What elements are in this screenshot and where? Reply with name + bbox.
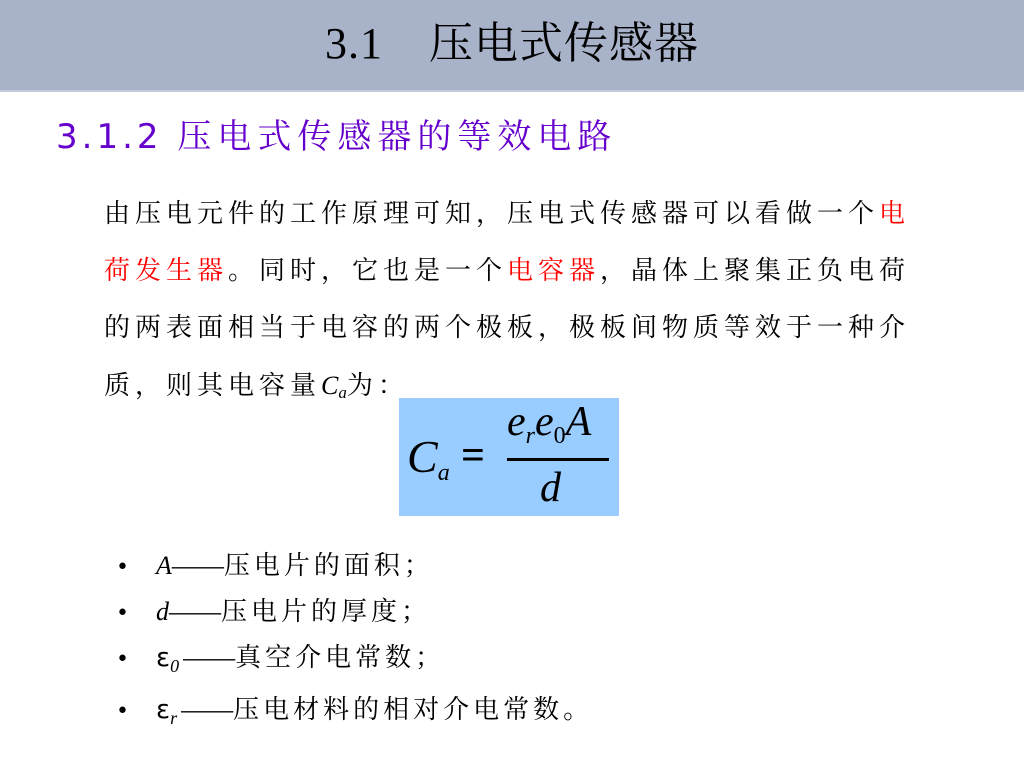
bullet-icon: • [116, 690, 156, 734]
symbol: d [156, 597, 169, 626]
section-heading: 3.1.2 压电式传感器的等效电路 [56, 113, 617, 161]
definition: 压电片的面积； [224, 551, 434, 581]
formula-denominator: d [540, 464, 561, 512]
formula-equals: = [461, 432, 485, 480]
symbol: A [156, 551, 172, 580]
bullet-icon: • [116, 546, 156, 590]
formula-numerator: ere0A [507, 398, 591, 450]
list-item: •A——压电片的面积； [116, 544, 593, 590]
list-item: •ε0——真空介电常数； [116, 636, 593, 688]
section-title: 压电式传感器的等效电路 [177, 117, 617, 157]
paragraph-text-4: 为： [347, 371, 409, 401]
fraction-bar [507, 458, 609, 461]
symbol: ε [156, 643, 170, 673]
list-item: •εr——压电材料的相对介电常数。 [116, 688, 593, 740]
title-number: 3.1 [325, 19, 383, 68]
definition: 真空介电常数； [235, 643, 445, 673]
capacitance-formula: Ca = ere0A d [399, 398, 619, 516]
paragraph-text-2: 。同时，它也是一个 [228, 256, 507, 286]
title-bar: 3.1压电式传感器 [0, 0, 1024, 92]
bullet-icon: • [116, 592, 156, 636]
capacitance-variable: Ca [321, 371, 347, 400]
list-item: •d——压电片的厚度； [116, 590, 593, 636]
definition: 压电片的厚度； [221, 597, 431, 627]
body-paragraph: 由压电元件的工作原理可知，压电式传感器可以看做一个电荷发生器。同时，它也是一个电… [104, 186, 934, 421]
symbol: ε [156, 695, 170, 725]
highlight-capacitor: 电容器 [507, 256, 600, 286]
paragraph-text-1: 由压电元件的工作原理可知，压电式传感器可以看做一个 [104, 199, 879, 229]
section-number: 3.1.2 [56, 117, 163, 157]
bullet-icon: • [116, 638, 156, 682]
slide-title: 3.1压电式传感器 [0, 14, 1024, 74]
definition: 压电材料的相对介电常数。 [233, 695, 593, 725]
definition-list: •A——压电片的面积； •d——压电片的厚度； •ε0——真空介电常数； •εr… [116, 544, 593, 740]
title-label: 压电式传感器 [429, 19, 699, 68]
formula-lhs: Ca [407, 430, 450, 487]
